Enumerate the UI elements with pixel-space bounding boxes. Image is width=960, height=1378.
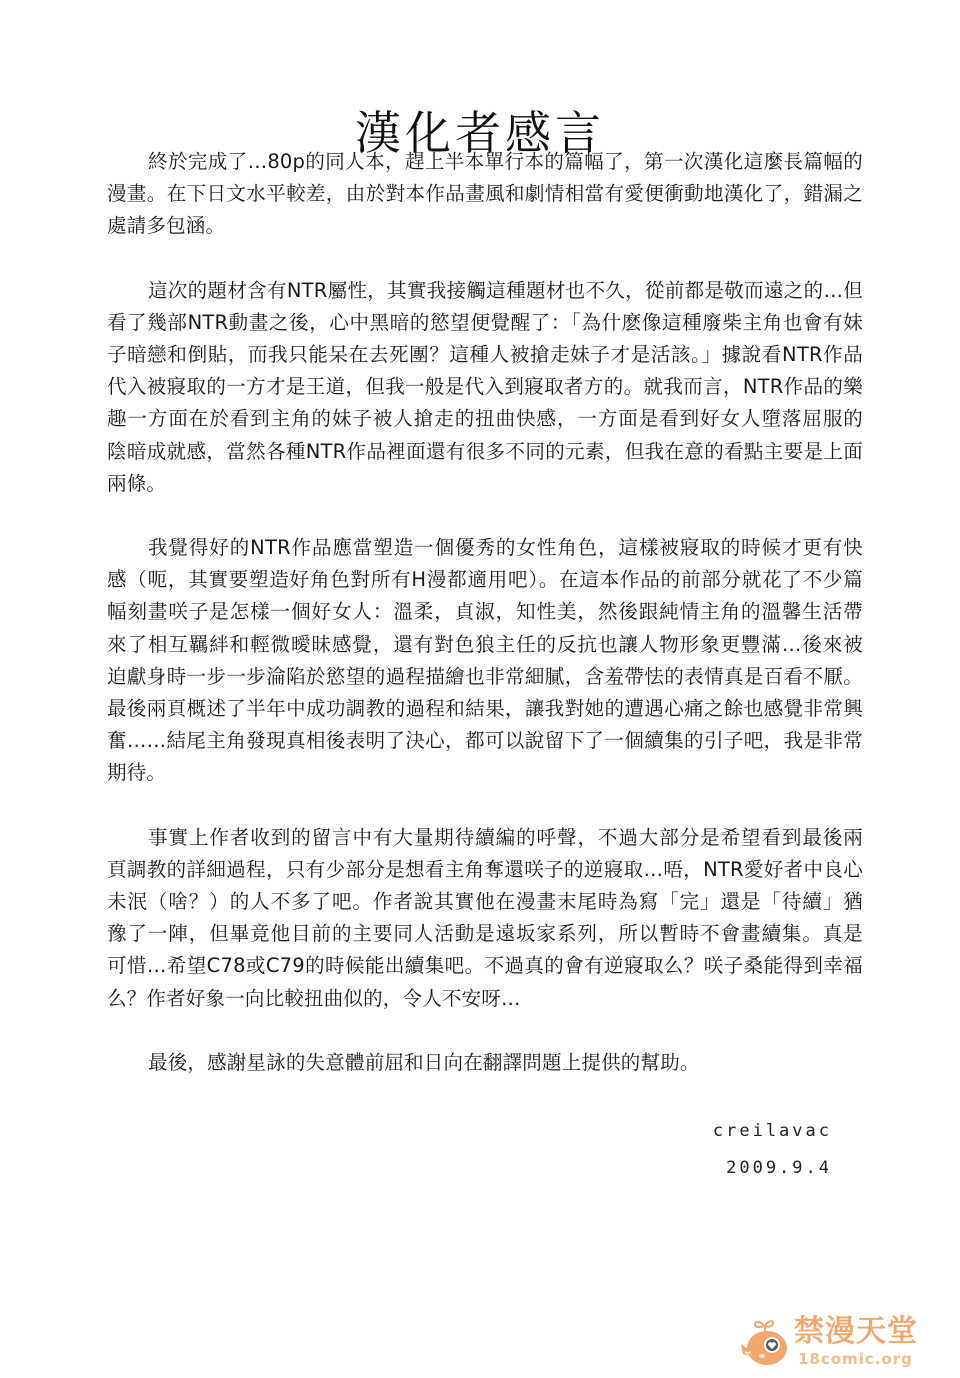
text-line: 我覺得好的NTR作品應當塑造一個優秀的女性角色，這樣被寢取的時候才更有快 bbox=[107, 532, 863, 564]
text-line: 最後，感謝星詠的失意體前屈和日向在翻譯問題上提供的幫助。 bbox=[107, 1047, 863, 1079]
text-line: 豫了一陣，但畢竟他目前的主要同人活動是遠坂家系列，所以暫時不會畫續集。真是 bbox=[107, 918, 863, 950]
text-line: 么？作者好象一向比較扭曲似的，令人不安呀… bbox=[107, 983, 863, 1015]
text-line: 期待。 bbox=[107, 757, 863, 789]
text-line: 趣一方面在於看到主角的妹子被人搶走的扭曲快感，一方面是看到好女人墮落屈服的 bbox=[107, 403, 863, 435]
signature-date: 2009.9.4 bbox=[726, 1158, 832, 1178]
site-watermark: 禁漫天堂 18comic.org bbox=[740, 1310, 945, 1372]
paragraph-4: 事實上作者收到的留言中有大量期待續編的呼聲，不過大部分是希望看到最後兩 頁調教的… bbox=[107, 822, 863, 1015]
text-line: 這次的題材含有NTR屬性，其實我接觸這種題材也不久，從前都是敬而遠之的…但 bbox=[107, 275, 863, 307]
text-line: 兩條。 bbox=[107, 468, 863, 500]
paragraph-3: 我覺得好的NTR作品應當塑造一個優秀的女性角色，這樣被寢取的時候才更有快 感（呃… bbox=[107, 532, 863, 790]
text-line: 可惜…希望C78或C79的時候能出續集吧。不過真的會有逆寢取么？咲子桑能得到幸福 bbox=[107, 950, 863, 982]
watermark-title: 禁漫天堂 bbox=[794, 1314, 918, 1350]
signature-name: creilavac bbox=[713, 1121, 832, 1141]
document-body: 終於完成了…80p的同人本，趕上半本單行本的篇幅了，第一次漢化這麼長篇幅的 漫畫… bbox=[107, 146, 863, 1111]
text-line: 迫獻身時一步一步淪陷於慾望的過程描繪也非常細膩，含羞帶怯的表情真是百看不厭。 bbox=[107, 661, 863, 693]
text-line: 未泯（啥？）的人不多了吧。作者說其實他在漫畫末尾時為寫「完」還是「待續」猶 bbox=[107, 886, 863, 918]
fish-heart-icon bbox=[740, 1318, 792, 1366]
text-line: 看了幾部NTR動畫之後，心中黑暗的慾望便覺醒了：「為什麽像這種廢柴主角也會有妹 bbox=[107, 307, 863, 339]
text-line: 代入被寢取的一方才是王道，但我一般是代入到寢取者方的。就我而言，NTR作品的樂 bbox=[107, 371, 863, 403]
text-line: 漫畫。在下日文水平較差，由於對本作品畫風和劇情相當有愛便衝動地漢化了，錯漏之 bbox=[107, 178, 863, 210]
text-line: 幅刻畫咲子是怎樣一個好女人：溫柔，貞淑，知性美，然後跟純情主角的溫馨生活帶 bbox=[107, 596, 863, 628]
text-line: 感（呃，其實要塑造好角色對所有H漫都適用吧）。在這本作品的前部分就花了不少篇 bbox=[107, 564, 863, 596]
text-line: 子暗戀和倒貼，而我只能呆在去死團？這種人被搶走妹子才是活該。」據說看NTR作品 bbox=[107, 339, 863, 371]
text-line: 事實上作者收到的留言中有大量期待續編的呼聲，不過大部分是希望看到最後兩 bbox=[107, 822, 863, 854]
text-line: 頁調教的詳細過程，只有少部分是想看主角奪還咲子的逆寢取…唔，NTR愛好者中良心 bbox=[107, 854, 863, 886]
watermark-url: 18comic.org bbox=[798, 1350, 913, 1368]
paragraph-1: 終於完成了…80p的同人本，趕上半本單行本的篇幅了，第一次漢化這麼長篇幅的 漫畫… bbox=[107, 146, 863, 243]
text-line: 終於完成了…80p的同人本，趕上半本單行本的篇幅了，第一次漢化這麼長篇幅的 bbox=[107, 146, 863, 178]
paragraph-2: 這次的題材含有NTR屬性，其實我接觸這種題材也不久，從前都是敬而遠之的…但 看了… bbox=[107, 275, 863, 500]
text-line: 來了相互羈絆和輕微曖昧感覺，還有對色狼主任的反抗也讓人物形象更豐滿…後來被 bbox=[107, 629, 863, 661]
paragraph-5: 最後，感謝星詠的失意體前屈和日向在翻譯問題上提供的幫助。 bbox=[107, 1047, 863, 1079]
text-line: 處請多包涵。 bbox=[107, 210, 863, 242]
text-line: 陰暗成就感，當然各種NTR作品裡面還有很多不同的元素，但我在意的看點主要是上面 bbox=[107, 436, 863, 468]
text-line: 最後兩頁概述了半年中成功調教的過程和結果，讓我對她的遭遇心痛之餘也感覺非常興 bbox=[107, 693, 863, 725]
text-line: 奮……結尾主角發現真相後表明了決心，都可以說留下了一個續集的引子吧，我是非常 bbox=[107, 725, 863, 757]
